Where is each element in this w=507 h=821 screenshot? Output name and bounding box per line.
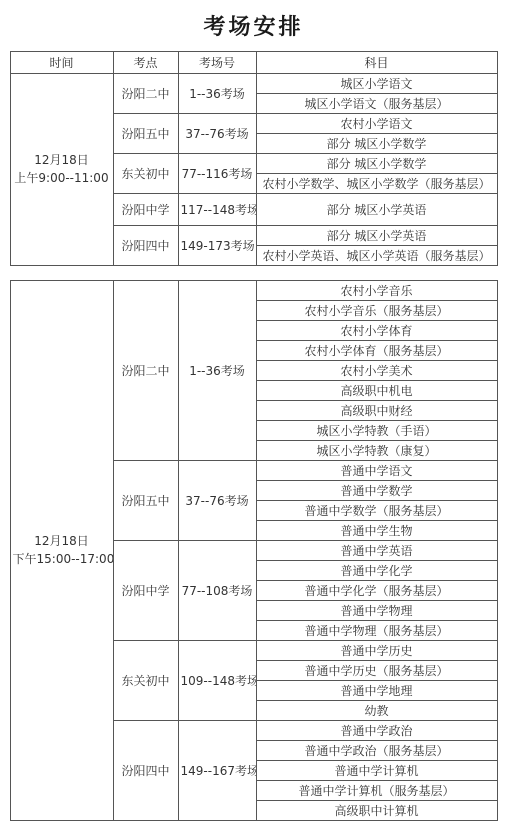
site-cell: 汾阳五中 bbox=[113, 114, 178, 154]
rooms-cell: 117--148考场 bbox=[178, 194, 256, 226]
subject-cell: 部分 城区小学数学 bbox=[256, 134, 497, 154]
document-page: 考场安排 时间 考点 考场号 科目 12月18日上午9:00--11:00汾阳二… bbox=[0, 0, 507, 821]
site-cell: 汾阳中学 bbox=[113, 541, 178, 641]
subject-cell: 高级职中财经 bbox=[256, 401, 497, 421]
subject-cell: 农村小学体育 bbox=[256, 321, 497, 341]
subject-cell: 普通中学政治（服务基层） bbox=[256, 741, 497, 761]
afternoon-session-table: 12月18日下午15:00--17:00汾阳二中1--36考场农村小学音乐农村小… bbox=[10, 280, 498, 821]
subject-cell: 普通中学语文 bbox=[256, 461, 497, 481]
subject-cell: 普通中学历史（服务基层） bbox=[256, 661, 497, 681]
subject-cell: 普通中学数学 bbox=[256, 481, 497, 501]
subject-cell: 高级职中机电 bbox=[256, 381, 497, 401]
subject-cell: 普通中学化学（服务基层） bbox=[256, 581, 497, 601]
rooms-cell: 149-173考场 bbox=[178, 226, 256, 266]
column-header-time: 时间 bbox=[10, 52, 113, 74]
site-cell: 汾阳五中 bbox=[113, 461, 178, 541]
column-header-rooms: 考场号 bbox=[178, 52, 256, 74]
site-cell: 汾阳二中 bbox=[113, 281, 178, 461]
subject-cell: 普通中学计算机 bbox=[256, 761, 497, 781]
morning-session-body: 12月18日上午9:00--11:00汾阳二中1--36考场城区小学语文城区小学… bbox=[10, 74, 497, 266]
time-cell: 12月18日下午15:00--17:00 bbox=[10, 281, 113, 821]
subject-cell: 农村小学音乐（服务基层） bbox=[256, 301, 497, 321]
time-cell: 12月18日上午9:00--11:00 bbox=[10, 74, 113, 266]
header-row: 时间 考点 考场号 科目 bbox=[10, 52, 497, 74]
rooms-cell: 37--76考场 bbox=[178, 114, 256, 154]
subject-cell: 普通中学化学 bbox=[256, 561, 497, 581]
subject-cell: 普通中学历史 bbox=[256, 641, 497, 661]
site-cell: 汾阳中学 bbox=[113, 194, 178, 226]
subject-cell: 普通中学英语 bbox=[256, 541, 497, 561]
subject-cell: 普通中学物理（服务基层） bbox=[256, 621, 497, 641]
afternoon-session-body: 12月18日下午15:00--17:00汾阳二中1--36考场农村小学音乐农村小… bbox=[10, 281, 497, 821]
subject-cell: 农村小学语文 bbox=[256, 114, 497, 134]
rooms-cell: 77--108考场 bbox=[178, 541, 256, 641]
column-header-subject: 科目 bbox=[256, 52, 497, 74]
site-cell: 汾阳四中 bbox=[113, 721, 178, 821]
schedule-row: 12月18日上午9:00--11:00汾阳二中1--36考场城区小学语文 bbox=[10, 74, 497, 94]
page-title: 考场安排 bbox=[0, 10, 507, 41]
subject-cell: 普通中学地理 bbox=[256, 681, 497, 701]
subject-cell: 普通中学计算机（服务基层） bbox=[256, 781, 497, 801]
rooms-cell: 1--36考场 bbox=[178, 281, 256, 461]
subject-cell: 城区小学特教（手语） bbox=[256, 421, 497, 441]
rooms-cell: 77--116考场 bbox=[178, 154, 256, 194]
subject-cell: 部分 城区小学英语 bbox=[256, 226, 497, 246]
subject-cell: 城区小学语文 bbox=[256, 74, 497, 94]
subject-cell: 普通中学物理 bbox=[256, 601, 497, 621]
subject-cell: 农村小学美术 bbox=[256, 361, 497, 381]
subject-cell: 农村小学数学、城区小学数学（服务基层） bbox=[256, 174, 497, 194]
subject-cell: 农村小学体育（服务基层） bbox=[256, 341, 497, 361]
subject-cell: 城区小学语文（服务基层） bbox=[256, 94, 497, 114]
morning-session-table: 时间 考点 考场号 科目 12月18日上午9:00--11:00汾阳二中1--3… bbox=[10, 51, 498, 266]
subject-cell: 普通中学政治 bbox=[256, 721, 497, 741]
rooms-cell: 149--167考场 bbox=[178, 721, 256, 821]
rooms-cell: 109--148考场 bbox=[178, 641, 256, 721]
rooms-cell: 37--76考场 bbox=[178, 461, 256, 541]
subject-cell: 部分 城区小学英语 bbox=[256, 194, 497, 226]
site-cell: 汾阳四中 bbox=[113, 226, 178, 266]
site-cell: 东关初中 bbox=[113, 154, 178, 194]
subject-cell: 幼教 bbox=[256, 701, 497, 721]
subject-cell: 高级职中计算机 bbox=[256, 801, 497, 821]
schedule-row: 12月18日下午15:00--17:00汾阳二中1--36考场农村小学音乐 bbox=[10, 281, 497, 301]
subject-cell: 部分 城区小学数学 bbox=[256, 154, 497, 174]
site-cell: 东关初中 bbox=[113, 641, 178, 721]
subject-cell: 农村小学音乐 bbox=[256, 281, 497, 301]
rooms-cell: 1--36考场 bbox=[178, 74, 256, 114]
subject-cell: 普通中学生物 bbox=[256, 521, 497, 541]
subject-cell: 普通中学数学（服务基层） bbox=[256, 501, 497, 521]
subject-cell: 农村小学英语、城区小学英语（服务基层） bbox=[256, 246, 497, 266]
column-header-site: 考点 bbox=[113, 52, 178, 74]
subject-cell: 城区小学特教（康复） bbox=[256, 441, 497, 461]
site-cell: 汾阳二中 bbox=[113, 74, 178, 114]
